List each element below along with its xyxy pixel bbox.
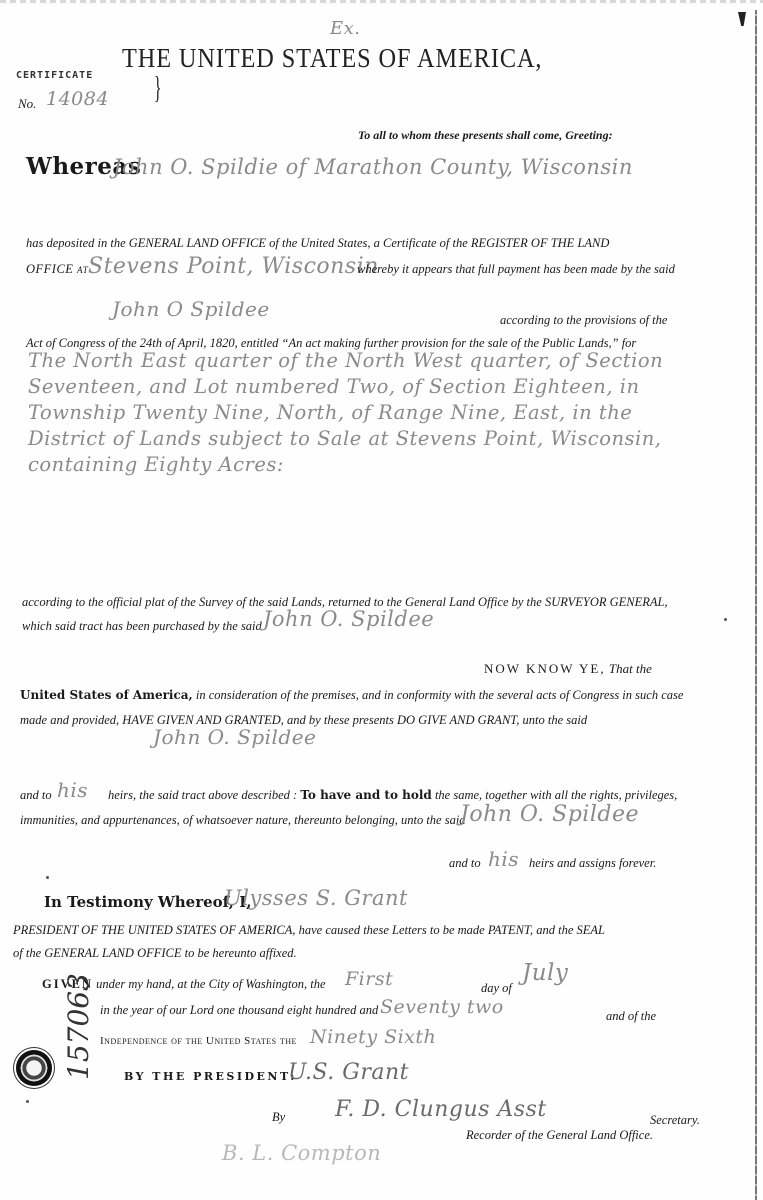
payer-name: John O Spildee bbox=[112, 297, 270, 321]
recorder-signature: B. L. Compton bbox=[222, 1141, 381, 1165]
secretary-label: Secretary. bbox=[650, 1113, 700, 1128]
ink-speck bbox=[724, 618, 727, 621]
year-value: Seventy two bbox=[380, 996, 504, 1018]
now-know-ye-label: NOW KNOW YE, bbox=[484, 661, 606, 676]
immunities-line: immunities, and appurtenances, of whatso… bbox=[20, 813, 466, 828]
recorder-label: Recorder of the General Land Office. bbox=[466, 1128, 653, 1143]
heirs-line: heirs, the said tract above described : … bbox=[108, 788, 677, 803]
office-at-label: OFFICE at bbox=[26, 262, 88, 277]
pronoun-his-1: his bbox=[57, 778, 88, 802]
testimony-label: In Testimony Whereof, I, bbox=[44, 893, 251, 911]
independence-year-value: Ninety Sixth bbox=[310, 1026, 436, 1048]
by-label: By bbox=[272, 1110, 285, 1125]
month-value: July bbox=[522, 960, 568, 986]
secretary-signature: F. D. Clungus Asst bbox=[335, 1097, 547, 1122]
grantee-name-2: John O. Spildee bbox=[460, 802, 639, 827]
land-description: The North East quarter of the North West… bbox=[28, 348, 688, 478]
corner-ink-mark bbox=[738, 12, 746, 26]
and-to-label: and to bbox=[20, 788, 52, 803]
ink-speck bbox=[46, 876, 49, 879]
purchased-line: which said tract has been purchased by t… bbox=[22, 619, 262, 634]
margin-patent-number: 157063 bbox=[62, 973, 95, 1080]
scan-right-edge bbox=[755, 10, 757, 1200]
president-line: PRESIDENT OF THE UNITED STATES OF AMERIC… bbox=[13, 923, 605, 938]
certificate-label: CERTIFICATE bbox=[16, 70, 93, 81]
annotation-ex: Ex. bbox=[330, 18, 361, 39]
provisions-line: according to the provisions of the bbox=[500, 313, 667, 328]
heirs-tract-text: heirs, the said tract above described : bbox=[108, 788, 297, 802]
ink-speck bbox=[26, 1100, 29, 1103]
deposited-line: has deposited in the GENERAL LAND OFFICE… bbox=[26, 236, 609, 251]
day-of-label: day of bbox=[481, 981, 512, 996]
general-land-office-seal-icon bbox=[16, 1050, 52, 1086]
president-name: Ulysses S. Grant bbox=[224, 886, 408, 910]
that-the-label: That the bbox=[609, 661, 652, 676]
by-the-president-label: BY THE PRESIDENT: bbox=[124, 1070, 297, 1083]
united-states-line: United States of America, in considerati… bbox=[20, 688, 683, 703]
now-know-ye: NOW KNOW YE, That the bbox=[484, 661, 652, 677]
rights-privileges-text: the same, together with all the rights, … bbox=[435, 788, 677, 802]
year-line: in the year of our Lord one thousand eig… bbox=[100, 1003, 378, 1018]
grantee-name: John O. Spildee bbox=[153, 725, 316, 749]
and-to-label-2: and to bbox=[449, 856, 481, 871]
heirs-and-assigns-forever: heirs and assigns forever. bbox=[529, 856, 656, 871]
greeting: To all to whom these presents shall come… bbox=[358, 128, 613, 143]
scan-top-edge bbox=[0, 0, 763, 3]
president-signature: U.S. Grant bbox=[288, 1060, 409, 1085]
land-patent-document: Ex. THE UNITED STATES OF AMERICA, CERTIF… bbox=[0, 0, 763, 1200]
certificate-number: 14084 bbox=[46, 88, 109, 110]
day-value: First bbox=[345, 968, 393, 990]
to-have-and-to-hold: To have and to hold bbox=[300, 788, 432, 802]
united-states-gothic: United States of America, bbox=[20, 688, 193, 702]
land-office-location: Stevens Point, Wisconsin bbox=[88, 254, 379, 279]
brace-icon: } bbox=[154, 70, 162, 104]
consideration-line: in consideration of the premises, and in… bbox=[196, 688, 684, 702]
pronoun-his-2: his bbox=[488, 847, 519, 871]
and-of-the-label: and of the bbox=[606, 1009, 656, 1024]
whereas-patentee: John O. Spildie of Marathon County, Wisc… bbox=[113, 155, 633, 179]
purchaser-name: John O. Spildee bbox=[263, 607, 434, 631]
independence-line: Independence of the United States the bbox=[100, 1035, 297, 1047]
seal-affixed-line: of the GENERAL LAND OFFICE to be hereunt… bbox=[13, 946, 297, 961]
whereby-line: whereby it appears that full payment has… bbox=[357, 262, 675, 277]
certificate-number-label: No. bbox=[18, 96, 36, 112]
document-title: THE UNITED STATES OF AMERICA, bbox=[122, 43, 542, 74]
given-text: under my hand, at the City of Washington… bbox=[96, 977, 325, 991]
